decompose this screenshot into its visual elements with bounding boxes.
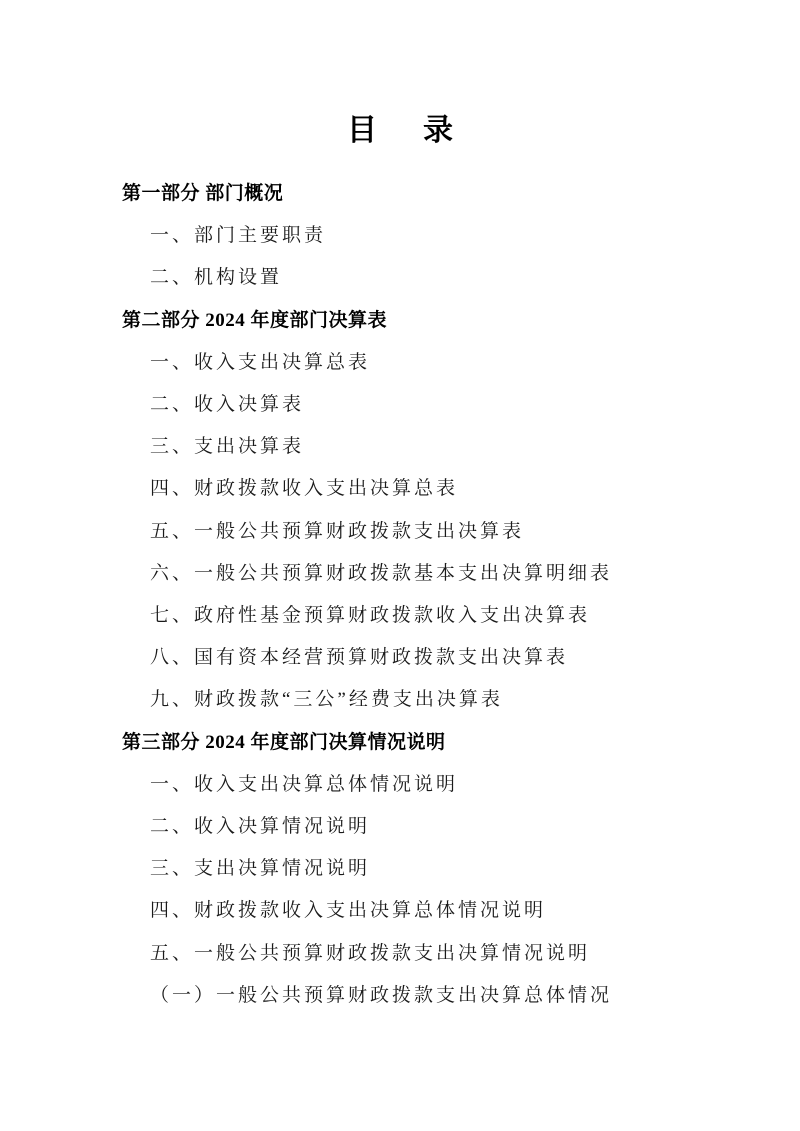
page-title: 目 录 [0, 0, 800, 150]
toc-item: 三、支出决算情况说明 [122, 848, 740, 890]
toc-section-3: 第三部分 2024 年度部门决算情况说明 一、收入支出决算总体情况说明 二、收入… [122, 722, 740, 1017]
toc-item: 三、支出决算表 [122, 426, 740, 468]
section-heading: 第二部分 2024 年度部门决算表 [122, 300, 740, 342]
table-of-contents: 第一部分 部门概况 一、部门主要职责 二、机构设置 第二部分 2024 年度部门… [0, 173, 800, 1017]
section-heading: 第一部分 部门概况 [122, 173, 740, 215]
toc-item: 二、收入决算表 [122, 384, 740, 426]
toc-item: 二、收入决算情况说明 [122, 806, 740, 848]
toc-item: 六、一般公共预算财政拨款基本支出决算明细表 [122, 553, 740, 595]
toc-item: 一、收入支出决算总体情况说明 [122, 764, 740, 806]
toc-item: 九、财政拨款“三公”经费支出决算表 [122, 679, 740, 721]
toc-section-1: 第一部分 部门概况 一、部门主要职责 二、机构设置 [122, 173, 740, 300]
toc-item: 五、一般公共预算财政拨款支出决算情况说明 [122, 933, 740, 975]
toc-item: 五、一般公共预算财政拨款支出决算表 [122, 511, 740, 553]
toc-section-2: 第二部分 2024 年度部门决算表 一、收入支出决算总表 二、收入决算表 三、支… [122, 300, 740, 722]
toc-item: 七、政府性基金预算财政拨款收入支出决算表 [122, 595, 740, 637]
toc-item: 四、财政拨款收入支出决算总体情况说明 [122, 890, 740, 932]
section-heading: 第三部分 2024 年度部门决算情况说明 [122, 722, 740, 764]
toc-item: 二、机构设置 [122, 257, 740, 299]
toc-item: 一、部门主要职责 [122, 215, 740, 257]
toc-item: （一）一般公共预算财政拨款支出决算总体情况 [122, 975, 740, 1017]
document-page: 目 录 第一部分 部门概况 一、部门主要职责 二、机构设置 第二部分 2024 … [0, 0, 800, 1131]
toc-item: 一、收入支出决算总表 [122, 342, 740, 384]
toc-item: 八、国有资本经营预算财政拨款支出决算表 [122, 637, 740, 679]
toc-item: 四、财政拨款收入支出决算总表 [122, 468, 740, 510]
